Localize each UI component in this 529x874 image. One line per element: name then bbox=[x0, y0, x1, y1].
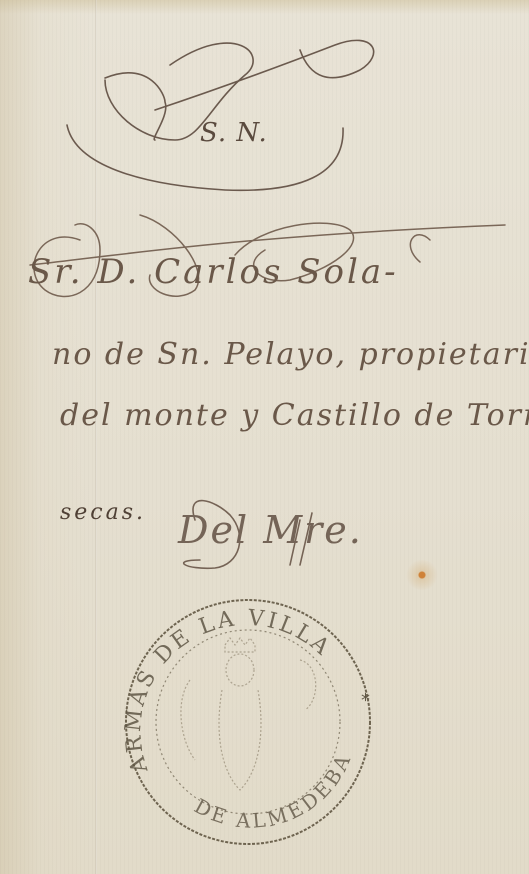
document-page: ARMAS DE LA VILLA DE ALMEDEBAR. * S. N. … bbox=[0, 0, 529, 874]
seal-star-separator: * bbox=[361, 690, 370, 711]
address-line-3: del monte y Castillo de Torres bbox=[60, 398, 529, 433]
seal-emblem bbox=[181, 638, 316, 790]
heading-flourish bbox=[67, 40, 374, 190]
address-line-4: secas. bbox=[60, 500, 146, 525]
svg-text:ARMAS DE LA VILLA: ARMAS DE LA VILLA bbox=[121, 606, 336, 777]
seal-top-text: ARMAS DE LA VILLA bbox=[121, 606, 336, 777]
address-line-2: no de Sn. Pelayo, propietario bbox=[52, 337, 529, 372]
closing-sender: Del Mre. bbox=[178, 508, 363, 552]
heading-initials: S. N. bbox=[200, 118, 268, 148]
address-line-1: Sr. D. Carlos Sola- bbox=[28, 252, 399, 292]
